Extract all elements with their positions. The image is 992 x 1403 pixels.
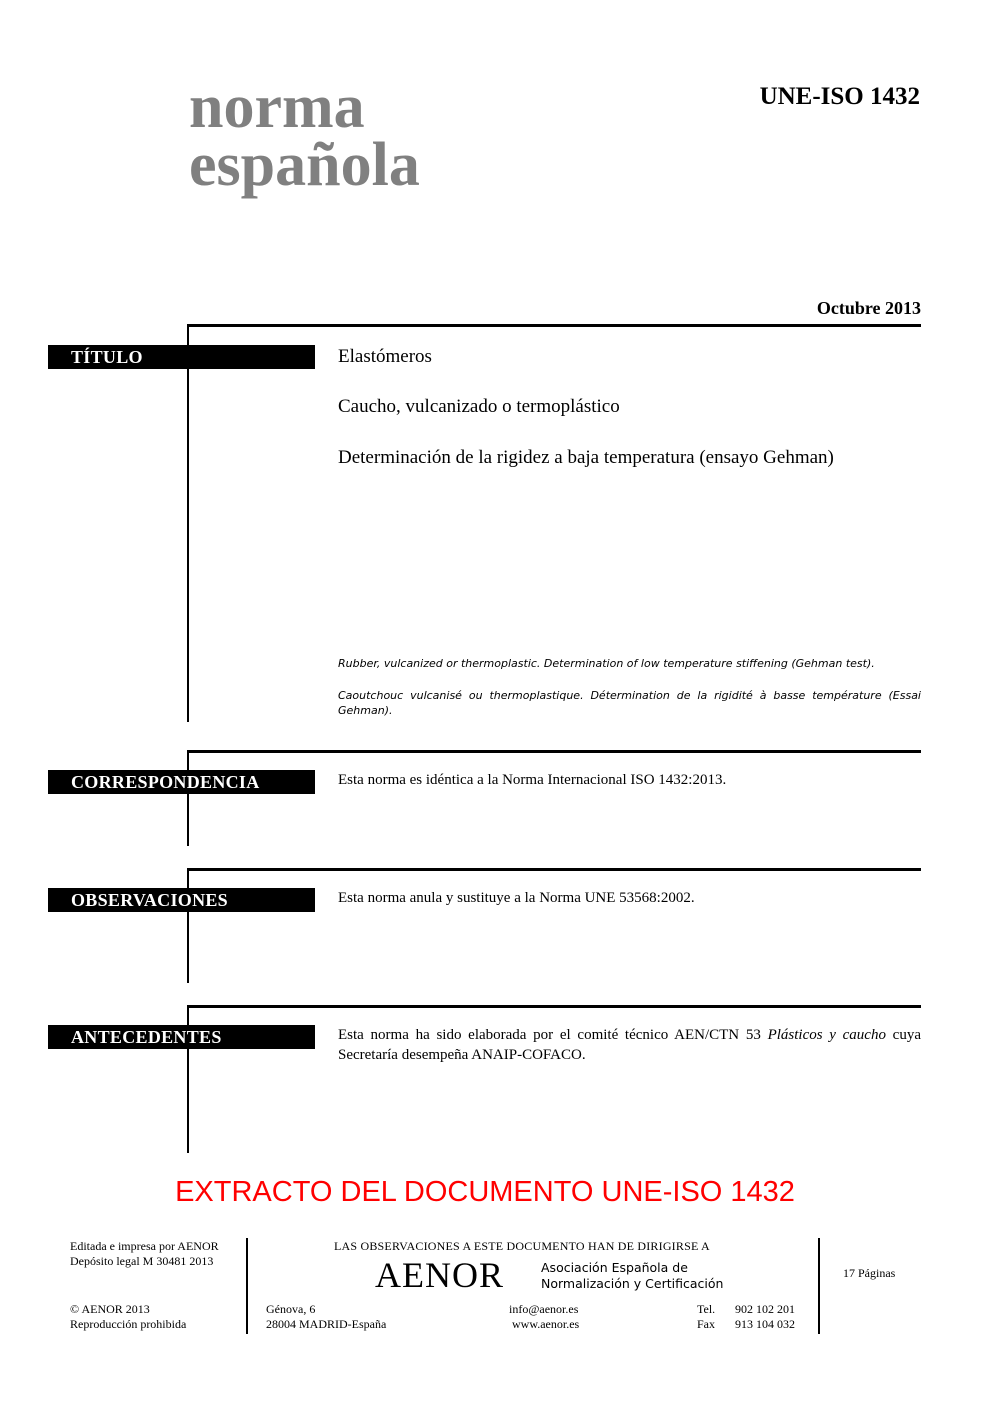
fax-label: Fax	[697, 1317, 715, 1332]
observaciones-text: Esta norma anula y sustituye a la Norma …	[338, 888, 921, 908]
address-line-1: Génova, 6	[266, 1302, 386, 1317]
org-line-1: Asociación Española de	[541, 1260, 723, 1276]
footer-divider-right	[818, 1238, 820, 1334]
section-divider	[187, 750, 921, 753]
website-link[interactable]: www.aenor.es	[509, 1317, 579, 1332]
antecedentes-text-before: Esta norma ha sido elaborada por el comi…	[338, 1027, 768, 1043]
tel-label: Tel.	[697, 1302, 715, 1317]
reproduction-notice: Reproducción prohibida	[70, 1317, 186, 1332]
address-line-2: 28004 MADRID-España	[266, 1317, 386, 1332]
footer-phone-numbers: 902 102 201 913 104 032	[735, 1302, 795, 1332]
page-count: 17 Páginas	[843, 1266, 895, 1281]
section-label: CORRESPONDENCIA	[48, 770, 315, 794]
edited-by: Editada e impresa por AENOR	[70, 1239, 219, 1254]
observations-note: LAS OBSERVACIONES A ESTE DOCUMENTO HAN D…	[334, 1239, 710, 1254]
title-english: Rubber, vulcanized or thermoplastic. Det…	[338, 656, 921, 671]
brand-line-1: norma	[189, 78, 420, 136]
tel-number: 902 102 201	[735, 1302, 795, 1317]
section-vertical-rule	[187, 868, 189, 983]
section-label: OBSERVACIONES	[48, 888, 315, 912]
copyright: © AENOR 2013	[70, 1302, 186, 1317]
legal-deposit: Depósito legal M 30481 2013	[70, 1254, 219, 1269]
standard-code: UNE-ISO 1432	[760, 83, 920, 111]
title-line-3: Determinación de la rigidez a baja tempe…	[338, 446, 921, 470]
section-vertical-rule	[187, 750, 189, 846]
correspondencia-text: Esta norma es idéntica a la Norma Intern…	[338, 770, 921, 790]
org-line-2: Normalización y Certificación	[541, 1276, 723, 1292]
title-line-1: Elastómeros	[338, 346, 921, 368]
email-link[interactable]: info@aenor.es	[509, 1302, 579, 1317]
section-vertical-rule	[187, 324, 189, 722]
brand-title: norma española	[189, 78, 420, 194]
publication-date: Octubre 2013	[817, 298, 921, 319]
footer-contact-web: info@aenor.es www.aenor.es	[509, 1302, 579, 1332]
title-french: Caoutchouc vulcanisé ou thermoplastique.…	[338, 688, 921, 718]
section-divider	[187, 1005, 921, 1008]
fax-number: 913 104 032	[735, 1317, 795, 1332]
footer-address: Génova, 6 28004 MADRID-España	[266, 1302, 386, 1332]
section-divider	[187, 868, 921, 871]
footer-divider-left	[246, 1238, 248, 1334]
section-label: TÍTULO	[48, 345, 315, 369]
extract-watermark: EXTRACTO DEL DOCUMENTO UNE-ISO 1432	[0, 1176, 970, 1209]
aenor-org-name: Asociación Española de Normalización y C…	[541, 1260, 723, 1292]
footer-copyright: © AENOR 2013 Reproducción prohibida	[70, 1302, 186, 1332]
committee-name: Plásticos y caucho	[768, 1027, 886, 1043]
footer-edition-info: Editada e impresa por AENOR Depósito leg…	[70, 1239, 219, 1269]
title-line-2: Caucho, vulcanizado o termoplástico	[338, 396, 921, 418]
section-label: ANTECEDENTES	[48, 1025, 315, 1049]
brand-line-2: española	[189, 136, 420, 194]
section-divider	[187, 324, 921, 327]
antecedentes-text: Esta norma ha sido elaborada por el comi…	[338, 1025, 921, 1065]
footer-phone-labels: Tel. Fax	[697, 1302, 715, 1332]
aenor-logo: AENOR	[375, 1254, 504, 1296]
